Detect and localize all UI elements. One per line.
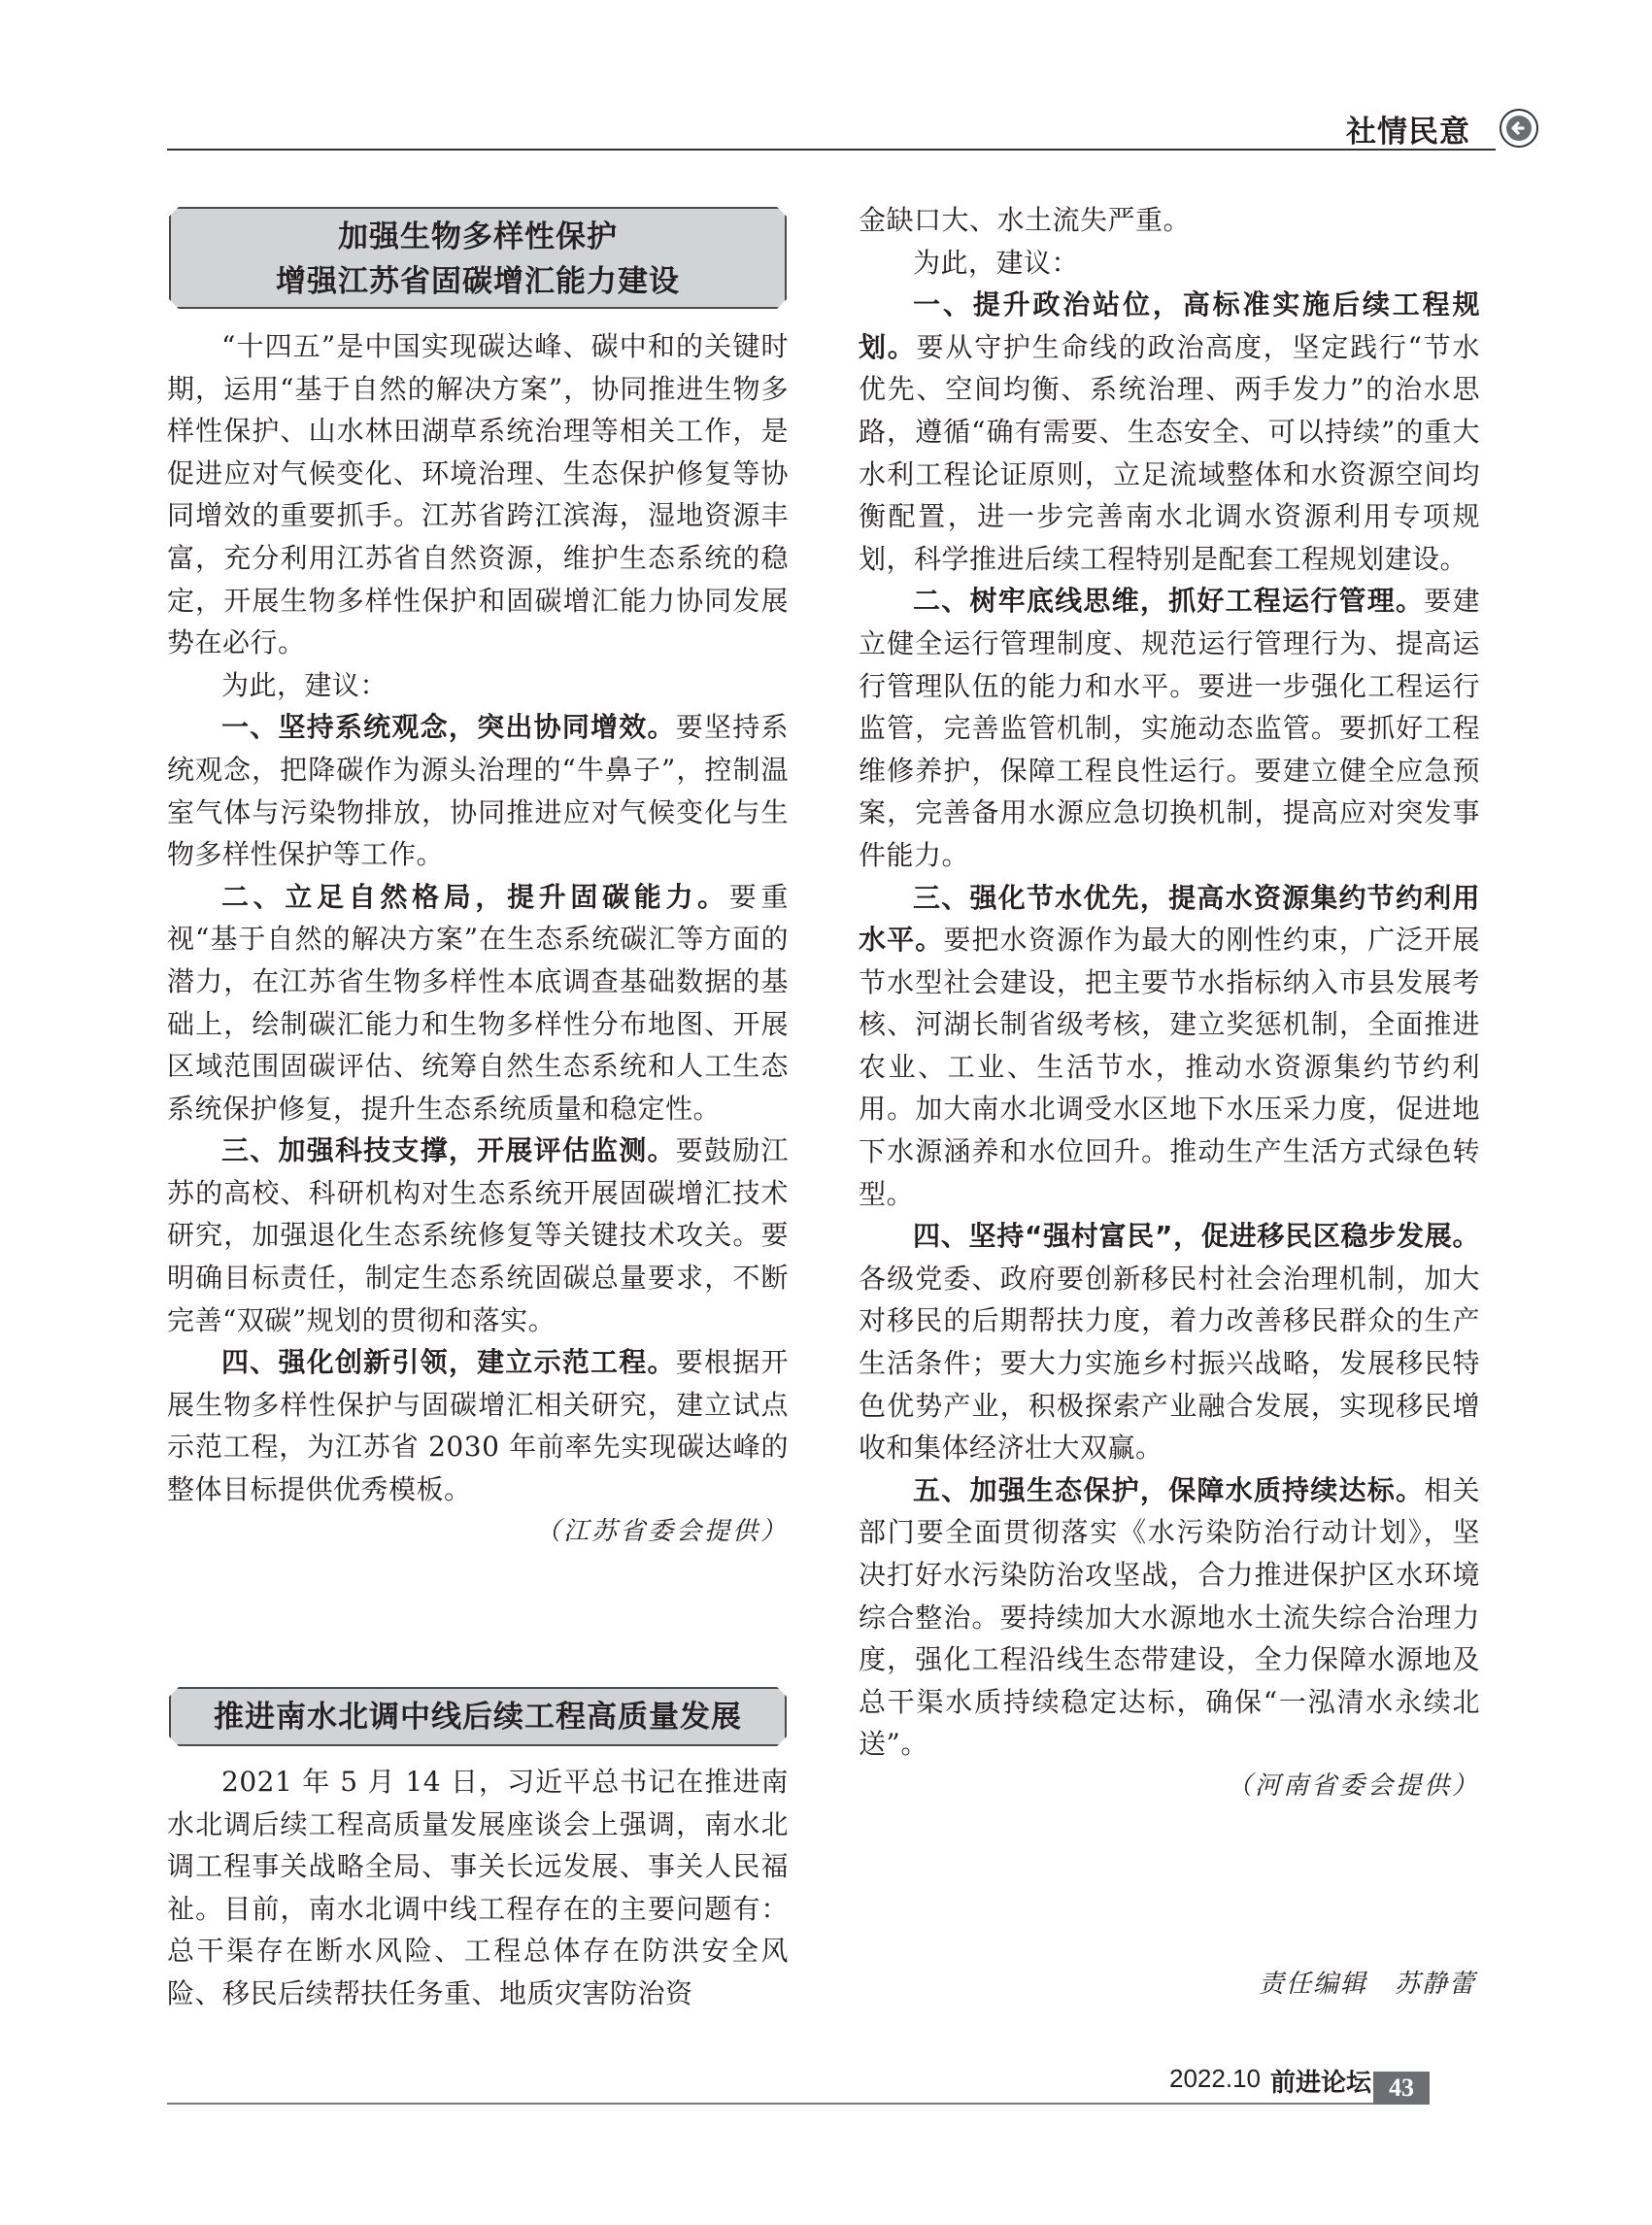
article1-title-box: 加强生物多样性保护 增强江苏省固碳增汇能力建设 [169,207,787,309]
point-heading: 四、强化创新引领，建立示范工程。 [221,1346,676,1378]
point-heading: 三、加强科技支撑，开展评估监测。 [221,1134,676,1166]
header-rule [167,149,1496,151]
magazine-name: 前进论坛 [1270,2063,1371,2099]
article1-title-line2: 增强江苏省固碳增汇能力建设 [171,259,785,304]
point-heading: 二、树牢底线思维，抓好工程运行管理。 [913,585,1424,617]
article1-point-1: 一、坚持系统观念，突出协同增效。要坚持系统观念，把降碳作为源头治理的“牛鼻子”，… [167,706,789,875]
point-body: 要把水资源作为最大的刚性约束，广泛开展节水型社会建设，把主要节水指标纳入市县发展… [859,924,1480,1210]
article1-lead: 为此，建议： [167,664,789,707]
article1-intro: “十四五”是中国实现碳达峰、碳中和的关键时期，运用“基于自然的解决方案”，协同推… [167,325,789,664]
article1-point-2: 二、立足自然格局，提升固碳能力。要重视“基于自然的解决方案”在生态系统碳汇等方面… [167,876,789,1130]
article1-point-4: 四、强化创新引领，建立示范工程。要根据开展生物多样性保护与固碳增汇相关研究，建立… [167,1341,789,1510]
article2-lead: 为此，建议： [859,242,1480,285]
circle-arrow-left-icon [1500,109,1538,148]
article2-intro-continued: 金缺口大、水土流失严重。 [859,199,1480,242]
point-heading: 四、坚持“强村富民”，促进移民区稳步发展。 [913,1220,1480,1252]
article1-credit: （江苏省委会提供） [167,1511,789,1554]
point-heading: 一、坚持系统观念，突出协同增效。 [221,711,676,743]
article2-point-2: 二、树牢底线思维，抓好工程运行管理。要建立健全运行管理制度、规范运行管理行为、提… [859,580,1480,876]
article1-body: “十四五”是中国实现碳达峰、碳中和的关键时期，运用“基于自然的解决方案”，协同推… [167,325,789,1553]
article1-point-3: 三、加强科技支撑，开展评估监测。要鼓励江苏的高校、科研机构对生态系统开展固碳增汇… [167,1129,789,1341]
responsible-editor: 责任编辑 苏静蕾 [1259,1964,1476,2000]
footer-rule [167,2103,1420,2105]
article2-intro: 2021 年 5 月 14 日，习近平总书记在推进南水北调后续工程高质量发展座谈… [167,1761,789,2015]
article2-point-1: 一、提升政治站位，高标准实施后续工程规划。要从守护生命线的政治高度，坚定践行“节… [859,284,1480,580]
article2-point-4: 四、坚持“强村富民”，促进移民区稳步发展。各级党委、政府要创新移民村社会治理机制… [859,1215,1480,1469]
article2-credit: （河南省委会提供） [859,1766,1480,1808]
article2-intro-block: 2021 年 5 月 14 日，习近平总书记在推进南水北调后续工程高质量发展座谈… [167,1761,789,2015]
issue-date: 2022.10 [1169,2064,1261,2094]
point-heading: 二、立足自然格局，提升固碳能力。 [221,881,729,913]
article1-title-line1: 加强生物多样性保护 [171,215,785,259]
point-body: 要重视“基于自然的解决方案”在生态系统碳汇等方面的潜力，在江苏省生物多样性本底调… [167,881,789,1125]
point-body: 各级党委、政府要创新移民村社会治理机制，加大对移民的后期帮扶力度，着力改善移民群… [859,1263,1480,1464]
article2-title: 推进南水北调中线后续工程高质量发展 [171,1695,785,1739]
article2-point-3: 三、强化节水优先，提高水资源集约节约利用水平。要把水资源作为最大的刚性约束，广泛… [859,877,1480,1216]
article2-body: 金缺口大、水土流失严重。 为此，建议： 一、提升政治站位，高标准实施后续工程规划… [859,199,1480,1808]
point-body: 要从守护生命线的政治高度，坚定践行“节水优先、空间均衡、系统治理、两手发力”的治… [859,331,1480,575]
section-label: 社情民意 [1346,107,1470,151]
article2-point-5: 五、加强生态保护，保障水质持续达标。相关部门要全面贯彻落实《水污染防治行动计划》… [859,1469,1480,1766]
page-number: 43 [1373,2072,1430,2105]
point-heading: 五、加强生态保护，保障水质持续达标。 [913,1474,1424,1506]
point-body: 要建立健全运行管理制度、规范运行管理行为、提高运行管理队伍的能力和水平。要进一步… [859,585,1480,871]
article2-title-box: 推进南水北调中线后续工程高质量发展 [169,1687,787,1746]
point-body: 相关部门要全面贯彻落实《水污染防治行动计划》，坚决打好水污染防治攻坚战，合力推进… [859,1474,1480,1761]
